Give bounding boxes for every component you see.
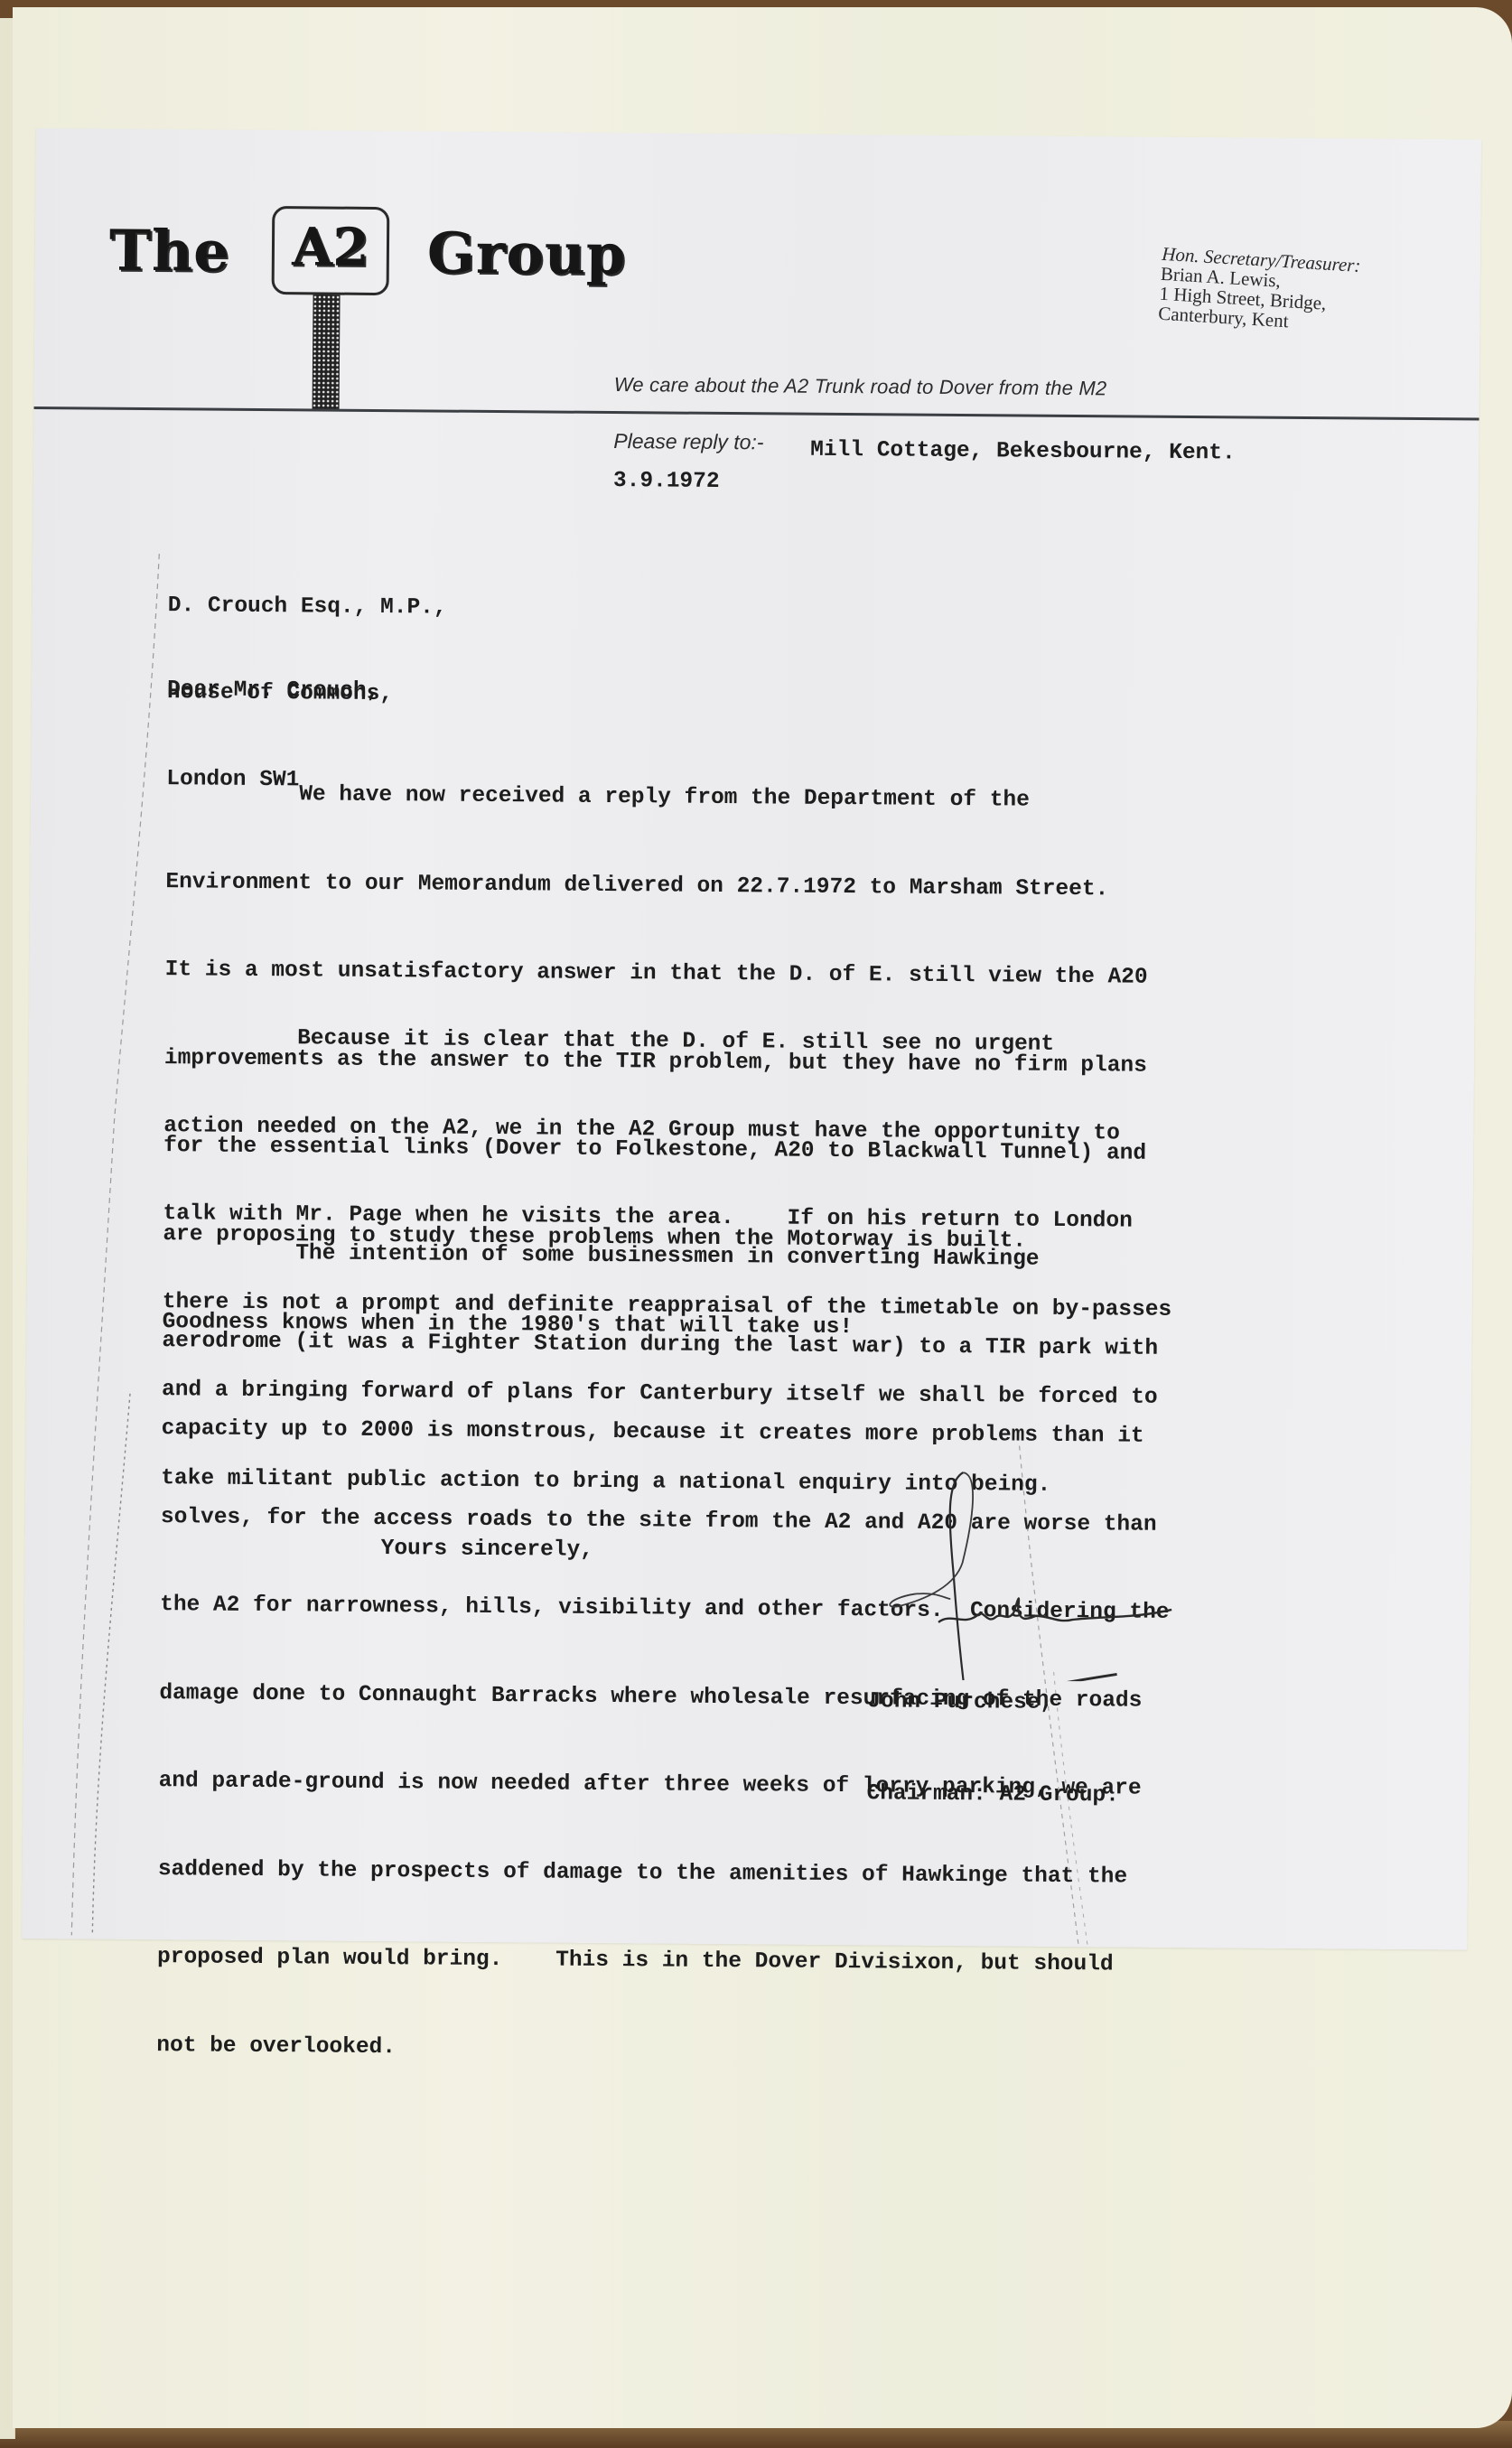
paragraph-line: action needed on the A2, we in the A2 Gr…	[163, 1112, 1173, 1149]
secretary-address-block: Hon. Secretary/Treasurer: Brian A. Lewis…	[1158, 244, 1361, 335]
recipient-line: D. Crouch Esq., M.P.,	[168, 592, 447, 622]
logo-sign-text: A2	[275, 216, 387, 278]
signature-block: John Purchese, Chairman: A2 Group.	[866, 1625, 1120, 1873]
letter-page: The A2 Group Hon. Secretary/Treasurer: B…	[22, 128, 1481, 1950]
paragraph-line: not be overlooked.	[156, 2032, 1166, 2069]
logo-word-the: The	[109, 218, 230, 285]
signatory-name: John Purchese,	[867, 1687, 1120, 1719]
paragraph-line: We have now received a reply from the De…	[166, 780, 1149, 817]
paragraph-line: Environment to our Memorandum delivered …	[165, 868, 1148, 905]
paragraph-line: proposed plan would bring. This is in th…	[157, 1943, 1167, 1980]
paragraph-line: aerodrome (it was a Fighter Station duri…	[162, 1327, 1171, 1364]
paragraph-line: The intention of some businessmen in con…	[163, 1238, 1172, 1275]
road-sign-logo-icon: A2	[272, 206, 390, 295]
signatory-title: Chairman: A2 Group.	[866, 1779, 1119, 1811]
paragraph-line: Because it is clear that the D. of E. st…	[164, 1023, 1174, 1060]
closing: Yours sincerely,	[381, 1537, 593, 1563]
paragraph-line: capacity up to 2000 is monstrous, becaus…	[162, 1415, 1171, 1452]
reply-to-address: Mill Cottage, Bekesbourne, Kent.	[810, 438, 1236, 466]
salutation: Dear Mr. Crouch,	[167, 677, 379, 704]
letter-date: 3.9.1972	[613, 469, 720, 494]
letterhead-divider	[34, 406, 1479, 421]
letterhead-tagline: We care about the A2 Trunk road to Dover…	[614, 373, 1107, 400]
sign-post-icon	[313, 294, 341, 410]
logo-word-group: Group	[427, 220, 627, 287]
reply-to-label: Please reply to:-	[613, 429, 763, 454]
